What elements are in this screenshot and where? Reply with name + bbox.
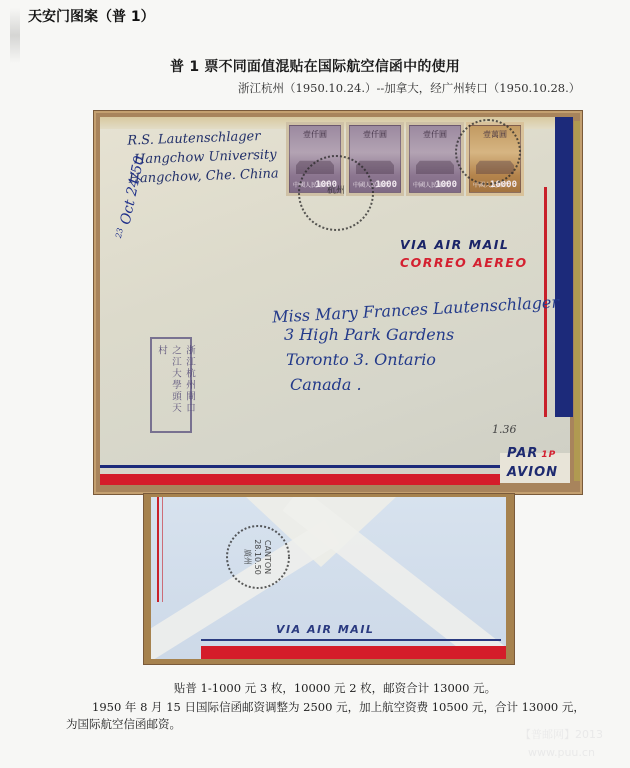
postmark-text: CANTON 28.10.50 廣州 (242, 527, 272, 587)
correo-aereo-label: CORREO AEREO (400, 255, 528, 270)
handwritten-date-note: 23 Oct 24/50 (114, 154, 148, 240)
back-red-edge-thin (162, 497, 163, 602)
front-cover-frame: R.S. Lautenschlager Hangchow University … (93, 110, 583, 495)
date-note-sup: 23 (114, 227, 125, 239)
hangzhou-postmark-2 (455, 119, 521, 185)
stamp-top-label: 壹仟圓 (410, 129, 460, 140)
back-via-air-mail-label: VIA AIR MAIL (276, 623, 374, 636)
stamp-denomination: 1000 (375, 180, 397, 190)
chop-right-column: 浙江杭州閘口 (182, 345, 196, 425)
back-red-stripe (201, 646, 506, 659)
airmail-stripe-red-horizontal (100, 474, 500, 485)
caption-rate-explanation: 1950 年 8 月 15 日国际信函邮资调整为 2500 元，加上航空资费 1… (92, 699, 585, 715)
caption-rate-explanation-cont: 为国际航空信函邮资。 (66, 716, 181, 732)
scan-smudge (10, 8, 20, 63)
par-mark: 1P (541, 450, 556, 460)
chop-left-column: 之江大學頭天村 (154, 345, 182, 425)
stamp-top-label: 壹仟圓 (350, 129, 400, 140)
back-red-edge (157, 497, 159, 602)
caption-postage: 贴普 1-1000 元 3 枚，10000 元 2 枚，邮资合计 13000 元… (0, 680, 630, 696)
front-cover: R.S. Lautenschlager Hangchow University … (100, 117, 570, 483)
tiananmen-gate-icon (416, 152, 454, 174)
airmail-stripe-blue-horizontal (100, 465, 500, 468)
mount-edge (574, 121, 580, 481)
par-avion-label: PAR1P AVION (507, 445, 558, 482)
postmark-text: 杭州 (300, 183, 372, 196)
canton-postmark: CANTON 28.10.50 廣州 (226, 525, 290, 589)
hangzhou-postmark: 杭州 (298, 155, 374, 231)
par-text: PAR (507, 446, 538, 461)
watermark-url: www.puu.cn (528, 746, 595, 759)
return-address: R.S. Lautenschlager Hangchow University … (127, 126, 279, 188)
sender-chop-stamp: 浙江杭州閘口 之江大學頭天村 (150, 337, 192, 433)
back-cover: CANTON 28.10.50 廣州 VIA AIR MAIL (151, 497, 506, 659)
recipient-line: Toronto 3. Ontario (286, 347, 559, 372)
postmark-line: 廣州 (242, 527, 252, 587)
return-address-line: Hangchow, Che. China (128, 164, 279, 188)
recipient-address: Miss Mary Frances Lautenschlager 3 High … (272, 297, 559, 397)
exhibit-title: 普 1 票不同面值混贴在国际航空信函中的使用 (0, 56, 630, 76)
postmark-line: 28.10.50 (252, 527, 262, 587)
pencil-note: 1.36 (492, 423, 517, 436)
stamp-denomination: 1000 (435, 180, 457, 190)
via-air-mail-label: VIA AIR MAIL (400, 237, 509, 252)
recipient-line: Canada . (290, 372, 559, 397)
stamp-top-label: 壹仟圓 (290, 129, 340, 140)
avion-text: AVION (507, 464, 558, 482)
date-note-text: Oct 24/50 (118, 155, 148, 227)
back-blue-stripe (201, 639, 501, 641)
postmark-line: CANTON (262, 527, 272, 587)
watermark-site-name: 【普邮网】2013 (520, 726, 603, 742)
back-cover-frame: CANTON 28.10.50 廣州 VIA AIR MAIL (143, 493, 515, 665)
page-heading: 天安门图案（普 1） (28, 6, 155, 26)
exhibit-subtitle: 浙江杭州（1950.10.24.）--加拿大，经广州转口（1950.10.28.… (238, 80, 580, 96)
